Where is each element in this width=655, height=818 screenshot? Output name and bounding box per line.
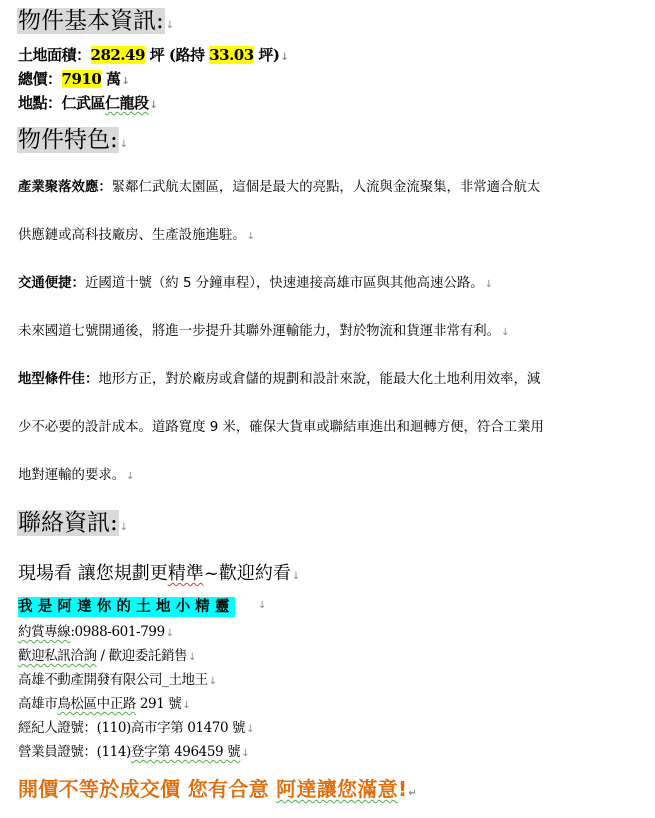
company-line: 高雄不動產開發有限公司_土地王↓ xyxy=(18,670,217,692)
phone-line: 約賞專線:0988-601-799↓ xyxy=(18,622,174,644)
feature-industry-line2: 供應鏈或高科技廠房、生產設施進駐。↓ xyxy=(18,226,255,247)
total-price-line: 總價：7910 萬↓ xyxy=(18,69,129,92)
feature-industry-line1: 產業聚落效應：緊鄰仁武航太園區，這個是最大的亮點，人流與金流聚集，非常適合航太 xyxy=(18,178,540,198)
line-break-mark: ↓ xyxy=(258,600,266,611)
line-break-mark: ↓ xyxy=(246,724,254,735)
line-break-mark: ↓ xyxy=(247,231,255,242)
line-break-mark: ↓ xyxy=(166,628,174,639)
feature-traffic-line1: 交通便捷：近國道十號（約 5 分鐘車程），快速連接高雄市區與其他高速公路。↓ xyxy=(18,274,493,295)
line-break-mark: ↓ xyxy=(122,76,130,87)
feature-terrain-line2: 少不必要的設計成本。道路寬度 9 米，確保大貨車或聯結車進出和迴轉方便，符合工業… xyxy=(18,418,544,438)
basic-info-heading: 物件基本資訊:↓ xyxy=(17,6,174,41)
line-break-mark: ↓ xyxy=(485,279,493,290)
land-area-line: 土地面積：282.49 坪 (路持 33.03 坪)↓ xyxy=(18,45,288,68)
feature-terrain-line3: 地對運輸的要求。↓ xyxy=(18,466,135,487)
line-break-mark: ↓ xyxy=(166,20,174,31)
broker-license-line: 經紀人證號：(110)高市字第 01470 號↓ xyxy=(18,718,254,740)
line-break-mark: ↓ xyxy=(281,52,289,63)
line-break-mark: ↓ xyxy=(209,676,217,687)
contact-heading: 聯絡資訊:↓ xyxy=(17,508,128,543)
location-line: 地點：仁武區仁龍段↓ xyxy=(18,93,157,116)
feature-title: 交通便捷： xyxy=(18,276,85,291)
slogan: 開價不等於成交價 您有合意 阿達讓您滿意!↵ xyxy=(18,774,417,809)
feature-title: 地型條件佳： xyxy=(18,372,98,387)
line-break-mark: ↓ xyxy=(241,748,249,759)
phone-number: :0988-601-799 xyxy=(70,624,164,640)
agent-name-highlight: 我是阿達你的土地小精靈 xyxy=(18,597,235,617)
road-share-value: 33.03 xyxy=(209,46,253,64)
sales-license-line: 營業員證號：(114)登字第 496459 號↓ xyxy=(18,742,249,764)
invite-line: 歡迎私訊洽詢 / 歡迎委託銷售↓ xyxy=(18,646,196,668)
line-break-mark: ↓ xyxy=(501,327,509,338)
address-line: 高雄市鳥松區中正路 291 號↓ xyxy=(18,694,190,716)
line-break-mark: ↓ xyxy=(120,139,128,150)
feature-title: 產業聚落效應： xyxy=(18,180,112,195)
paragraph-mark: ↵ xyxy=(408,788,417,799)
line-break-mark: ↓ xyxy=(292,571,300,582)
line-break-mark: ↓ xyxy=(120,522,128,533)
tagline: 現場看 讓您規劃更精準~歡迎約看↓ xyxy=(18,561,300,590)
line-break-mark: ↓ xyxy=(188,652,196,663)
line-break-mark: ↓ xyxy=(150,100,158,111)
feature-traffic-line2: 未來國道七號開通後，將進一步提升其聯外運輸能力，對於物流和貨運非常有利。↓ xyxy=(18,322,509,343)
feature-terrain-line1: 地型條件佳：地形方正，對於廠房或倉儲的規劃和設計來說，能最大化土地利用效率，減 xyxy=(18,370,540,390)
line-break-mark: ↓ xyxy=(182,700,190,711)
features-heading: 物件特色:↓ xyxy=(17,125,128,160)
total-price-value: 7910 xyxy=(62,70,102,88)
land-area-value: 282.49 xyxy=(91,46,145,64)
line-break-mark: ↓ xyxy=(126,471,134,482)
